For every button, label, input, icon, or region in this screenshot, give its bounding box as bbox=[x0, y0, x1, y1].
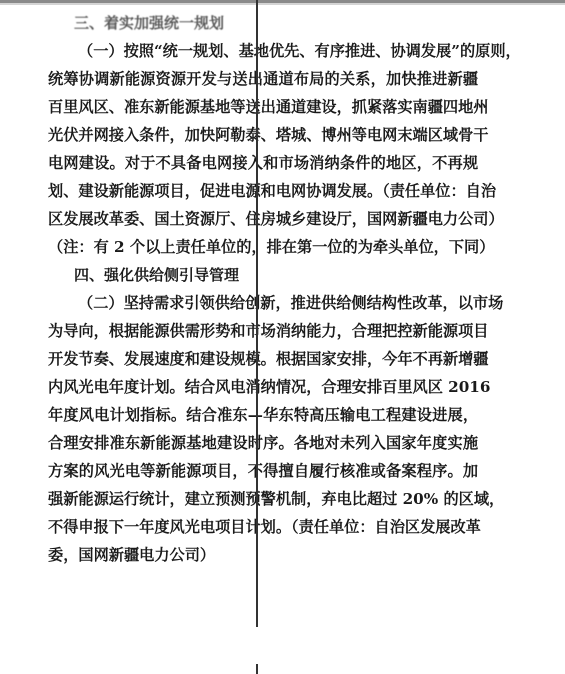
scan-vertical-line bbox=[256, 0, 258, 627]
paragraph-line: 为导向，根据能源供需形势和市场消纳能力，合理把控新能源项目 bbox=[48, 317, 478, 345]
section-heading-3: 三、着实加强统一规划 bbox=[48, 9, 478, 37]
scan-vertical-line-bottom bbox=[256, 664, 258, 674]
paragraph-line: （一）按照“统一规划、基地优先、有序推进、协调发展”的原则， bbox=[48, 37, 478, 65]
paragraph-line: 合理安排准东新能源基地建设时序。各地对未列入国家年度实施 bbox=[48, 429, 478, 457]
paragraph-line: 内风光电年度计划。结合风电消纳情况，合理安排百里风区 2016 bbox=[48, 373, 478, 401]
paragraph-line: 开发节奏、发展速度和建设规模。根据国家安排，今年不再新增疆 bbox=[48, 345, 478, 373]
paragraph-line: 统筹协调新能源资源开发与送出通道布局的关系，加快推进新疆 bbox=[48, 65, 478, 93]
section-heading-4: 四、强化供给侧引导管理 bbox=[48, 261, 478, 289]
paragraph-line: 光伏并网接入条件，加快阿勒泰、塔城、博州等电网末端区域骨干 bbox=[48, 121, 478, 149]
paragraph-line: 委，国网新疆电力公司） bbox=[48, 541, 478, 569]
note-line: （注：有 2 个以上责任单位的，排在第一位的为牵头单位，下同） bbox=[48, 233, 478, 261]
paragraph-line: 方案的风光电等新能源项目，不得擅自履行核准或备案程序。加 bbox=[48, 457, 478, 485]
paragraph-line: （二）坚持需求引领供给创新，推进供给侧结构性改革，以市场 bbox=[48, 289, 478, 317]
paragraph-line: 强新能源运行统计，建立预测预警机制，弃电比超过 20% 的区域， bbox=[48, 485, 478, 513]
document-page: 三、着实加强统一规划 （一）按照“统一规划、基地优先、有序推进、协调发展”的原则… bbox=[48, 9, 478, 569]
page-top-shadow bbox=[0, 3, 565, 5]
paragraph-line: 百里风区、准东新能源基地等送出通道建设，抓紧落实南疆四地州 bbox=[48, 93, 478, 121]
paragraph-line: 划、建设新能源项目，促进电源和电网协调发展。（责任单位：自治 bbox=[48, 177, 478, 205]
paragraph-line: 不得申报下一年度风光电项目计划。（责任单位：自治区发展改革 bbox=[48, 513, 478, 541]
paragraph-line: 电网建设。对于不具备电网接入和市场消纳条件的地区，不再规 bbox=[48, 149, 478, 177]
paragraph-line: 年度风电计划指标。结合准东—华东特高压输电工程建设进展， bbox=[48, 401, 478, 429]
paragraph-line: 区发展改革委、国土资源厅、住房城乡建设厅，国网新疆电力公司） bbox=[48, 205, 478, 233]
